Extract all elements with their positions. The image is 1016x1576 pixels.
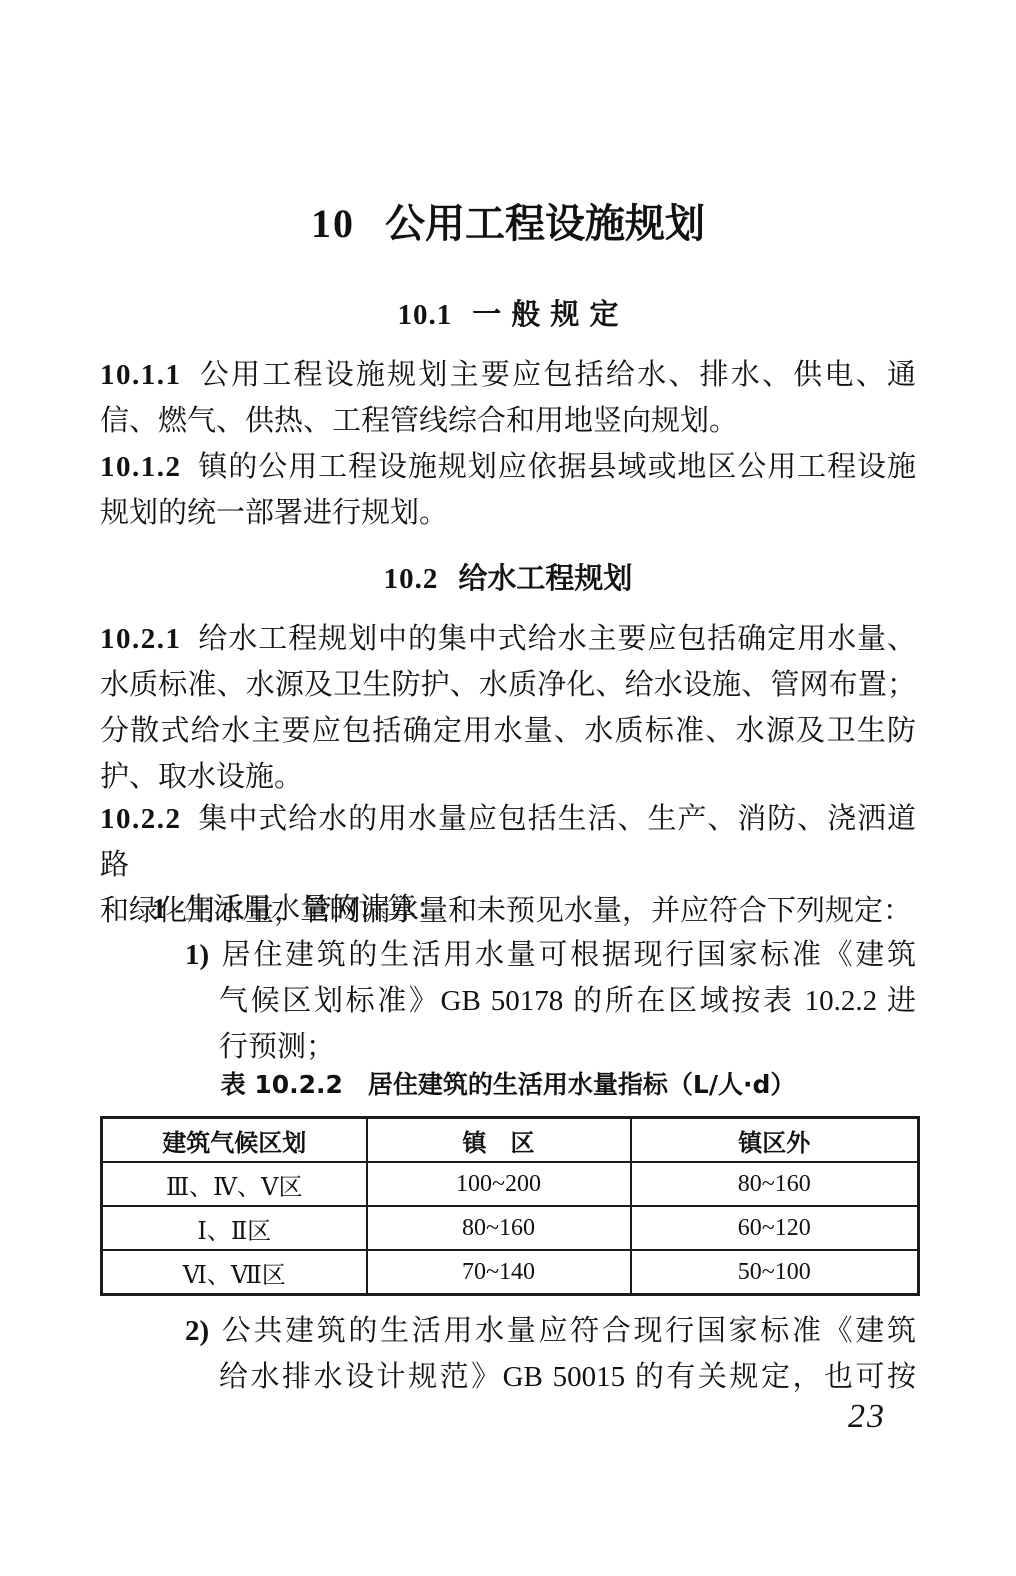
paragraph-line: 护、取水设施。 [100, 754, 916, 800]
list-intro: 1-生活用水量的计算： [152, 886, 916, 932]
section-heading-10-1: 10.1一 般 规 定 [0, 294, 1016, 335]
table-row: Ⅲ、Ⅳ、Ⅴ区 100~200 80~160 [102, 1162, 919, 1206]
clause-number: 10.2.1 [100, 623, 182, 655]
table-row: Ⅰ、Ⅱ区 80~160 60~120 [102, 1206, 919, 1250]
chapter-number: 10 [311, 201, 355, 246]
table-cell: Ⅵ、Ⅶ区 [102, 1250, 367, 1295]
paragraph-10-1-2: 10.1.2镇的公用工程设施规划应依据县域或地区公用工程设施 规划的统一部署进行… [100, 444, 916, 536]
table-cell: 80~160 [631, 1162, 919, 1206]
clause-text: 给水工程规划中的集中式给水主要应包括确定用水量、 [198, 623, 917, 655]
paragraph-line: 10.2.2集中式给水的用水量应包括生活、生产、消防、浇洒道路 [100, 796, 916, 888]
section-number: 10.2 [384, 563, 439, 595]
table-cell: 80~160 [367, 1206, 631, 1250]
chapter-title-text: 公用工程设施规划 [385, 201, 705, 247]
table-header-row: 建筑气候区划 镇 区 镇区外 [102, 1118, 919, 1163]
clause-text: 公用工程设施规划主要应包括给水、排水、供电、通 [198, 359, 917, 391]
document-page: 10公用工程设施规划 10.1一 般 规 定 10.1.1公用工程设施规划主要应… [0, 0, 1016, 1576]
clause-number: 10.2.2 [100, 803, 182, 835]
clause-number: 10.1.2 [100, 451, 182, 483]
table-cell: 60~120 [631, 1206, 919, 1250]
table-cell: Ⅰ、Ⅱ区 [102, 1206, 367, 1250]
table-cell: 100~200 [367, 1162, 631, 1206]
paragraph-line: 10.2.1给水工程规划中的集中式给水主要应包括确定用水量、 [100, 616, 916, 662]
list-intro-text: -生活用水量的计算： [175, 893, 446, 925]
paragraph-line: 10.1.2镇的公用工程设施规划应依据县域或地区公用工程设施 [100, 444, 916, 490]
section-title-text: 一 般 规 定 [472, 297, 618, 331]
paragraph-10-2-1: 10.2.1给水工程规划中的集中式给水主要应包括确定用水量、 水质标准、水源及卫… [100, 616, 916, 800]
paragraph-line: 规划的统一部署进行规划。 [100, 490, 916, 536]
paragraph-10-1-1: 10.1.1公用工程设施规划主要应包括给水、排水、供电、通 信、燃气、供热、工程… [100, 352, 916, 444]
list-item-line: 1)居住建筑的生活用水量可根据现行国家标准《建筑 [185, 932, 916, 978]
list-item-line: 给水排水设计规范》GB 50015 的有关规定，也可按 [219, 1354, 916, 1400]
paragraph-line: 水质标准、水源及卫生防护、水质净化、给水设施、管网布置； [100, 662, 916, 708]
table-row: Ⅵ、Ⅶ区 70~140 50~100 [102, 1250, 919, 1295]
page-number: 23 [848, 1398, 886, 1436]
list-item-text: 居住建筑的生活用水量可根据现行国家标准《建筑 [219, 939, 916, 971]
list-item-line: 行预测； [219, 1024, 916, 1070]
list-item-2: 2)公共建筑的生活用水量应符合现行国家标准《建筑 给水排水设计规范》GB 500… [185, 1308, 916, 1400]
table-caption: 表 10.2.2 居住建筑的生活用水量指标（L/人·d） [0, 1068, 1016, 1102]
paragraph-line: 信、燃气、供热、工程管线综合和用地竖向规划。 [100, 398, 916, 444]
paragraph-line: 分散式给水主要应包括确定用水量、水质标准、水源及卫生防 [100, 708, 916, 754]
table-cell: 70~140 [367, 1250, 631, 1295]
paragraph-line: 10.1.1公用工程设施规划主要应包括给水、排水、供电、通 [100, 352, 916, 398]
table-cell: 50~100 [631, 1250, 919, 1295]
clause-number: 10.1.1 [100, 359, 182, 391]
table-header-cell: 建筑气候区划 [102, 1118, 367, 1163]
section-heading-10-2: 10.2给水工程规划 [0, 558, 1016, 599]
list-item-marker: 1) [185, 932, 219, 978]
list-item-1: 1)居住建筑的生活用水量可根据现行国家标准《建筑 气候区划标准》GB 50178… [185, 932, 916, 1070]
chapter-title: 10公用工程设施规划 [0, 196, 1016, 252]
table-cell: Ⅲ、Ⅳ、Ⅴ区 [102, 1162, 367, 1206]
water-usage-table: 建筑气候区划 镇 区 镇区外 Ⅲ、Ⅳ、Ⅴ区 100~200 80~160 Ⅰ、Ⅱ… [100, 1116, 920, 1296]
table-header-cell: 镇 区 [367, 1118, 631, 1163]
list-item-line: 气候区划标准》GB 50178 的所在区域按表 10.2.2 进 [219, 978, 916, 1024]
clause-text: 集中式给水的用水量应包括生活、生产、消防、浇洒道路 [100, 803, 916, 881]
list-item-text: 公共建筑的生活用水量应符合现行国家标准《建筑 [219, 1315, 916, 1347]
section-number: 10.1 [397, 299, 452, 331]
table-header-cell: 镇区外 [631, 1118, 919, 1163]
clause-text: 镇的公用工程设施规划应依据县域或地区公用工程设施 [198, 451, 917, 483]
list-item-marker: 2) [185, 1308, 219, 1354]
list-item-line: 2)公共建筑的生活用水量应符合现行国家标准《建筑 [185, 1308, 916, 1354]
list-intro-number: 1 [152, 893, 167, 925]
section-title-text: 给水工程规划 [458, 561, 632, 595]
